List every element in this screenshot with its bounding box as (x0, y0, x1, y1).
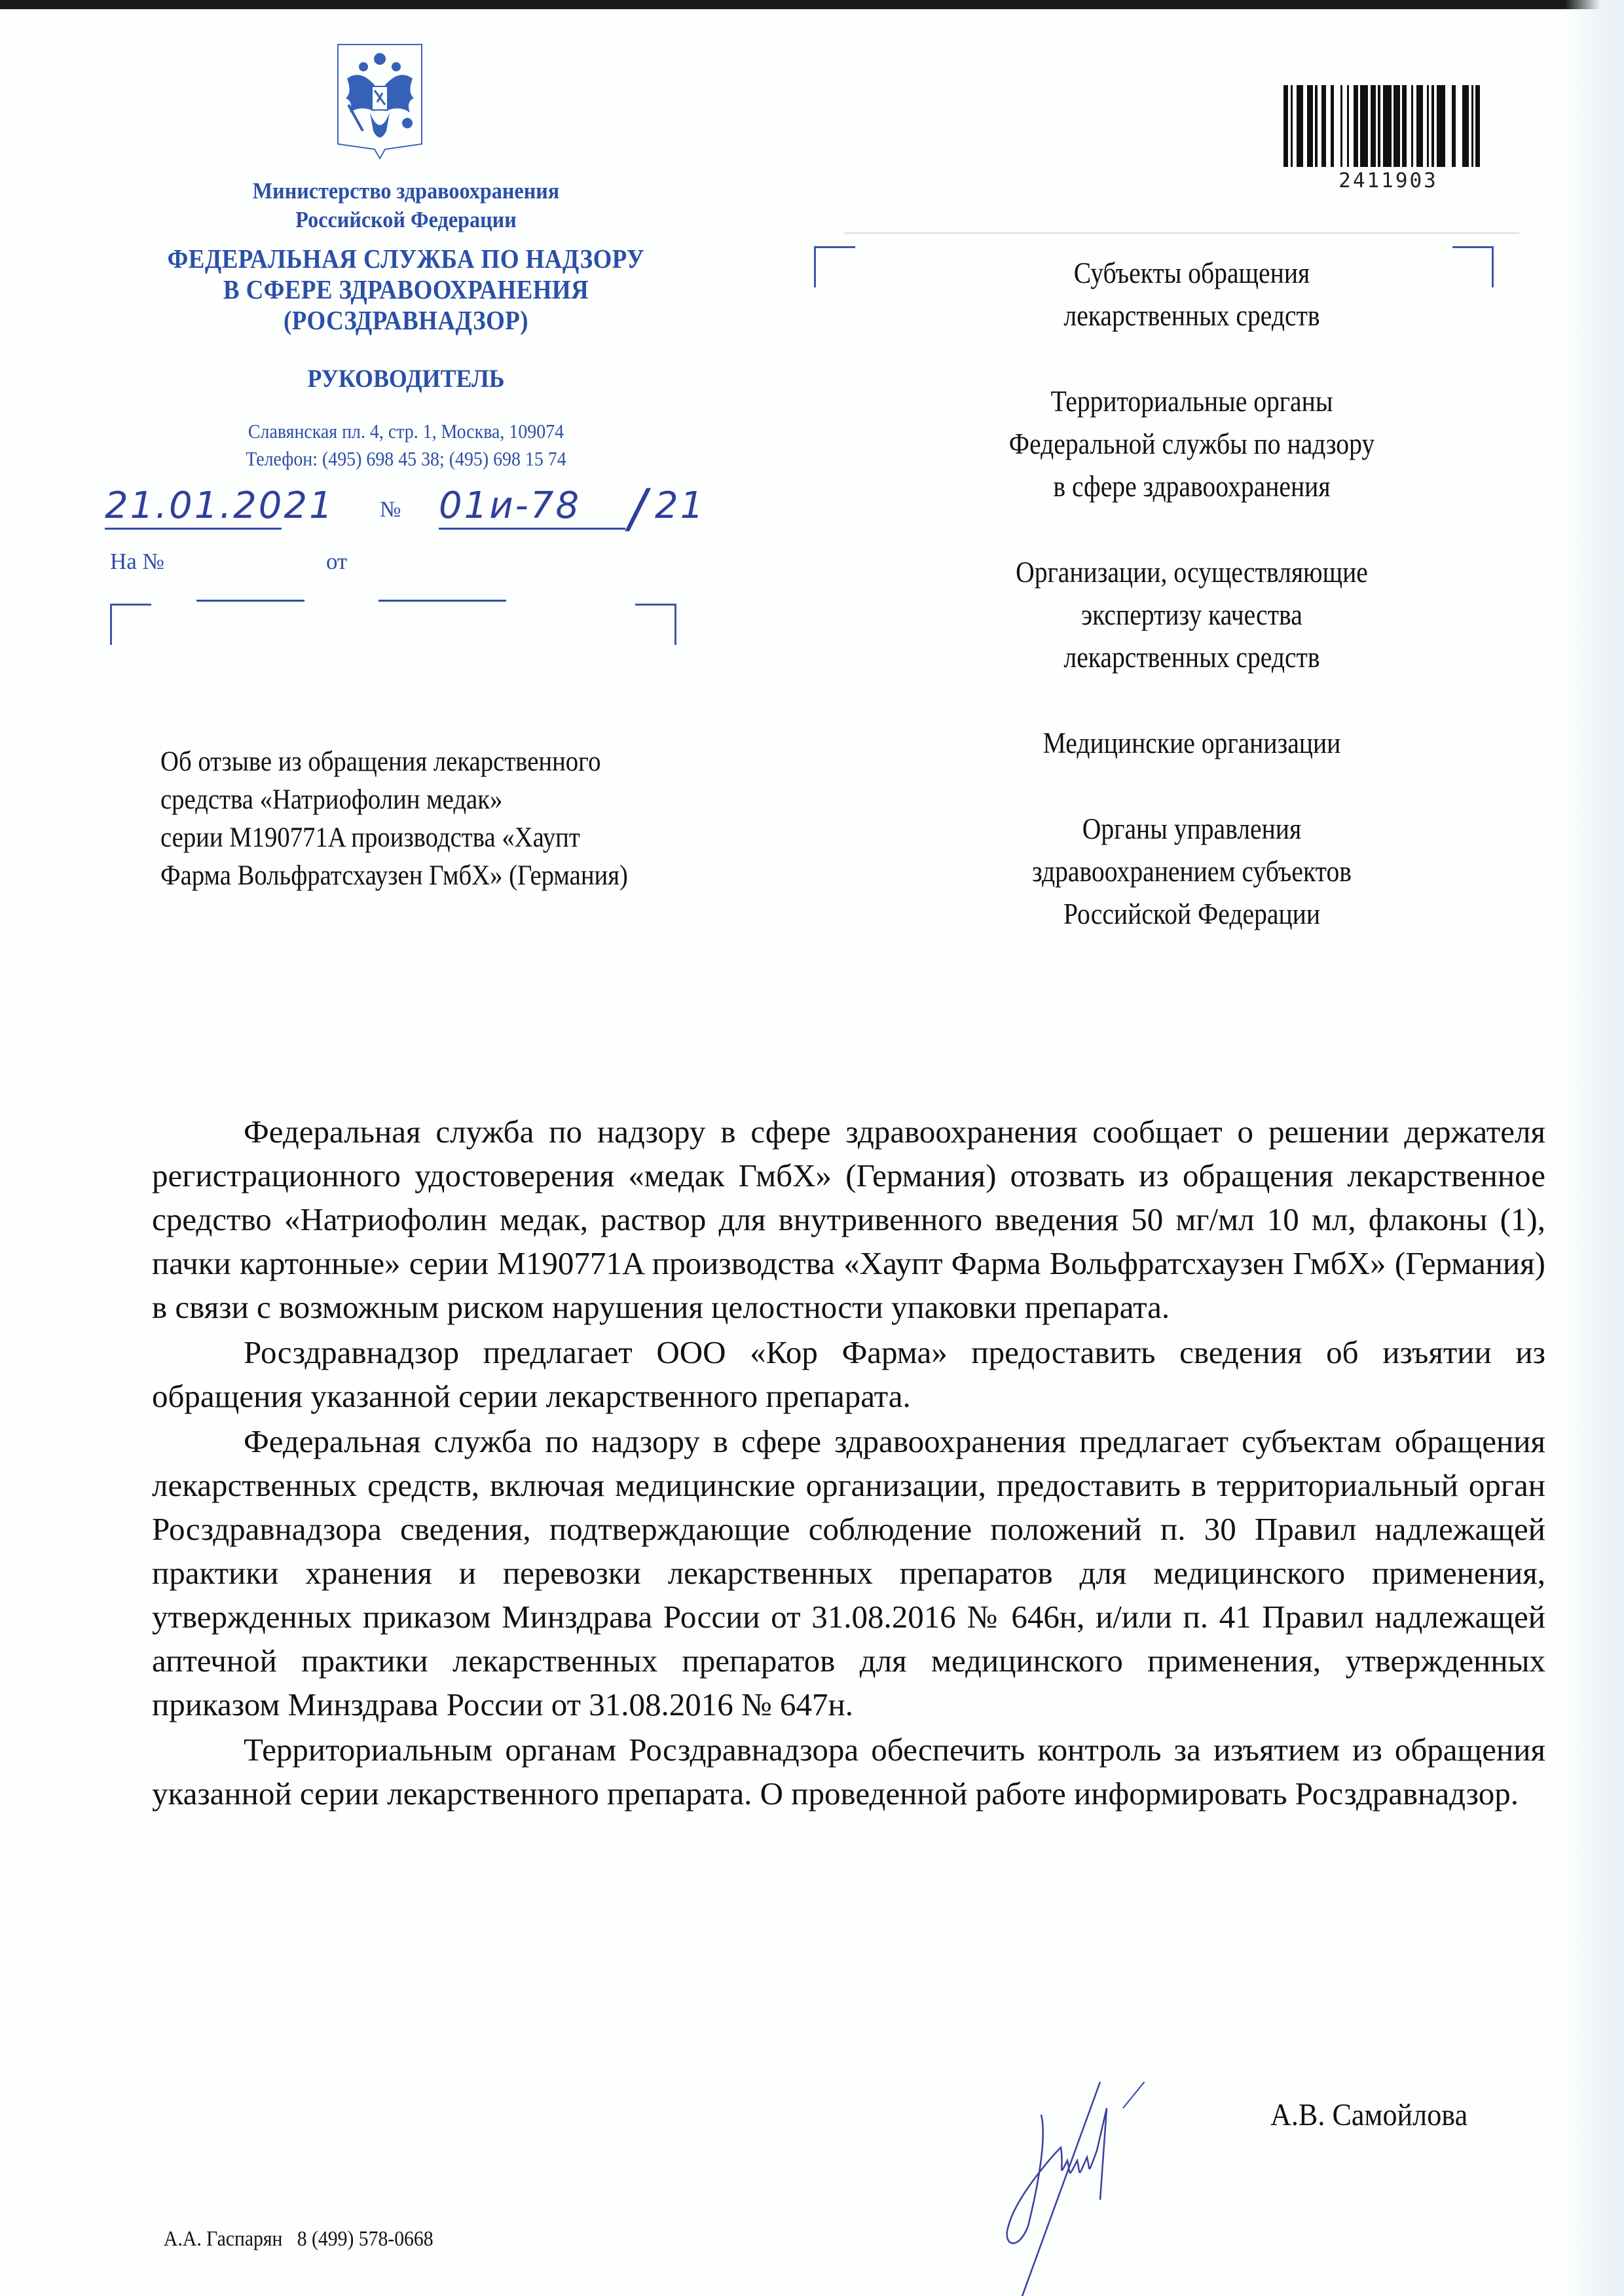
barcode-number: 2411903 (1316, 169, 1460, 192)
registration-date: 21.01.2021 (105, 484, 282, 530)
service-name: ФЕДЕРАЛЬНАЯ СЛУЖБА ПО НАДЗОРУ В СФЕРЕ ЗД… (123, 244, 689, 336)
executor-phone: 8 (499) 578-0668 (297, 2227, 434, 2251)
addressee-item: Органы управления здравоохранением субъе… (871, 808, 1513, 936)
reply-number-field (196, 574, 304, 602)
addressee-item: Организации, осуществляющие экспертизу к… (871, 551, 1513, 679)
reply-from-label: от (326, 549, 347, 575)
signer-name: А.В. Самойлова (1270, 2097, 1467, 2133)
number-label: № (380, 498, 401, 522)
addressee-bracket-left (814, 246, 855, 287)
letter-body: Федеральная служба по надзору в сфере зд… (152, 1110, 1545, 1815)
scan-edge (0, 0, 1624, 9)
address: Славянская пл. 4, стр. 1, Москва, 109074 (123, 418, 689, 445)
addressee-item: Территориальные органы Федеральной служб… (871, 380, 1513, 508)
coat-of-arms-icon (334, 39, 426, 164)
reply-reference-line: На № от (110, 549, 680, 581)
reply-number-label: На № (110, 549, 164, 575)
body-paragraph: Росздравнадзор предлагает ООО «Кор Фарма… (152, 1330, 1545, 1418)
bracket-top-right (635, 604, 676, 645)
executor-name: А.А. Гаспарян (164, 2227, 282, 2251)
slash-mark: / (629, 478, 646, 539)
letter-subject: Об отзыве из обращения лекарственного ср… (160, 743, 815, 895)
addressee-item: Субъекты обращения лекарственных средств (871, 252, 1513, 337)
body-paragraph: Территориальным органам Росздравнадзора … (152, 1728, 1545, 1815)
addressee-item: Медицинские организации (871, 722, 1513, 765)
reply-from-field (378, 574, 506, 602)
scan-divider (845, 232, 1519, 234)
handwritten-signature-icon (950, 2082, 1290, 2296)
body-paragraph: Федеральная служба по надзору в сфере зд… (152, 1110, 1545, 1329)
address-block: Славянская пл. 4, стр. 1, Москва, 109074… (123, 418, 689, 473)
registration-line: 21.01.2021 № 01и-78 / 21 (105, 484, 733, 530)
addressee-list: Субъекты обращения лекарственных средств… (871, 252, 1513, 979)
ministry-name: Министерство здравоохранения Российской … (117, 177, 695, 234)
position-title: РУКОВОДИТЕЛЬ (117, 364, 695, 393)
executor-contact: А.А. Гаспарян 8 (499) 578-0668 (164, 2227, 434, 2251)
bracket-top-left (110, 604, 151, 645)
body-paragraph: Федеральная служба по надзору в сфере зд… (152, 1419, 1545, 1726)
registration-number: 01и-78 (439, 484, 625, 530)
scan-shadow (1565, 0, 1624, 2296)
registration-year-suffix: 21 (655, 484, 705, 527)
barcode (1283, 85, 1480, 167)
phone: Телефон: (495) 698 45 38; (495) 698 15 7… (123, 445, 689, 473)
